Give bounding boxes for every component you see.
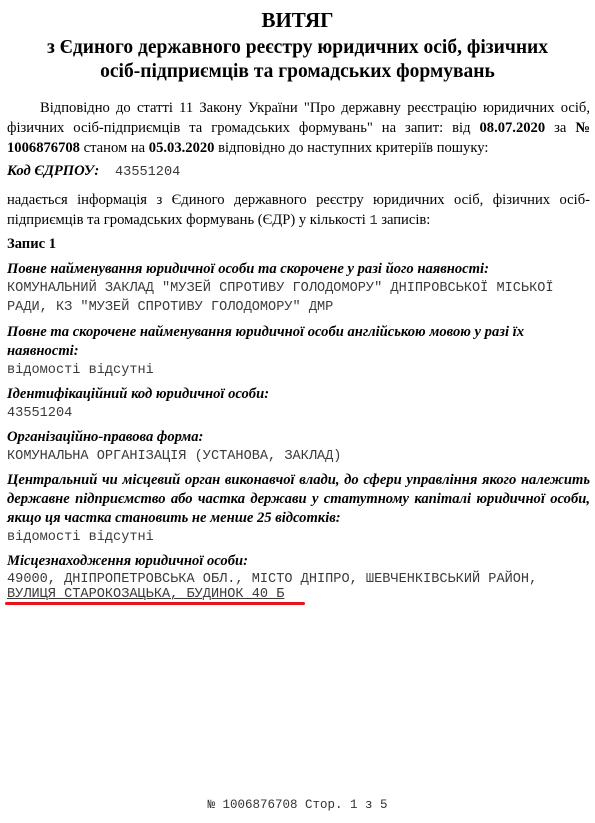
subtitle-line-1: з Єдиного державного реєстру юридичних о… xyxy=(0,36,595,60)
result-info-text-after: записів: xyxy=(378,212,431,228)
field-label-legal-form: Організаційно-правова форма: xyxy=(7,428,590,447)
field-label-english-name: Повне та скорочене найменування юридично… xyxy=(7,323,590,361)
record-heading: Запис 1 xyxy=(7,235,56,254)
page-footer: № 1006876708 Стор. 1 з 5 xyxy=(0,798,595,812)
subtitle-line-2: осіб-підприємців та громадських формуван… xyxy=(0,60,595,84)
intro-text-stanom: станом на xyxy=(80,140,149,156)
field-label-managing-authority: Центральний чи місцевий орган виконавчої… xyxy=(7,471,590,528)
intro-text-za: за xyxy=(545,120,575,136)
result-info-text: надається інформація з Єдиного державног… xyxy=(7,192,590,228)
red-highlight-underline xyxy=(5,602,305,605)
field-label-full-name: Повне найменування юридичної особи та ск… xyxy=(7,260,590,279)
intro-text-after: відповідно до наступних критеріїв пошуку… xyxy=(214,140,488,156)
field-label-id-code: Ідентифікаційний код юридичної особи: xyxy=(7,385,590,404)
field-value-english-name: відомості відсутні xyxy=(7,361,592,380)
field-value-legal-form: КОМУНАЛЬНА ОРГАНІЗАЦІЯ (УСТАНОВА, ЗАКЛАД… xyxy=(7,447,592,466)
search-criteria-value: 43551204 xyxy=(115,163,180,182)
result-info-paragraph: надається інформація з Єдиного державног… xyxy=(7,190,590,232)
intro-paragraph: Відповідно до статті 11 Закону України "… xyxy=(7,98,590,158)
request-date: 08.07.2020 xyxy=(479,120,545,136)
field-label-address: Місцезнаходження юридичної особи: xyxy=(7,552,590,571)
document-subtitle: з Єдиного державного реєстру юридичних о… xyxy=(0,36,595,84)
result-count: 1 xyxy=(369,214,377,229)
field-value-id-code: 43551204 xyxy=(7,404,592,423)
field-value-managing-authority: відомості відсутні xyxy=(7,528,592,547)
search-criteria-label: Код ЄДРПОУ: xyxy=(7,162,99,181)
field-value-full-name: КОМУНАЛЬНИЙ ЗАКЛАД "МУЗЕЙ СПРОТИВУ ГОЛОД… xyxy=(7,279,592,317)
document-title: ВИТЯГ xyxy=(0,8,595,32)
as-of-date: 05.03.2020 xyxy=(149,140,215,156)
